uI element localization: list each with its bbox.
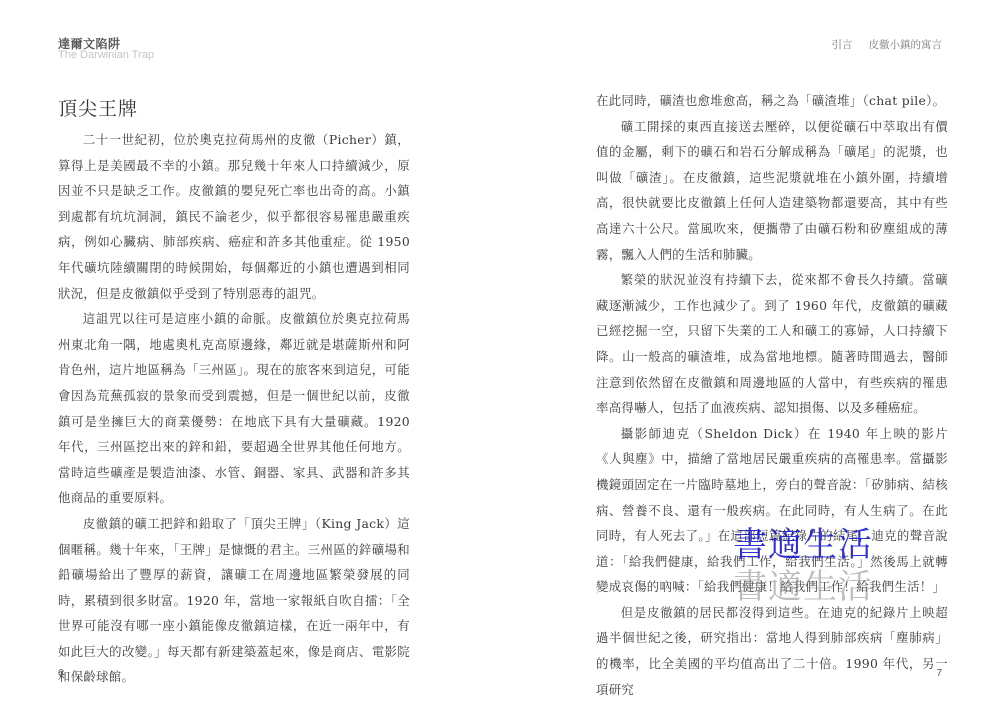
- paragraph: 皮徹鎮的礦工把鋅和鉛取了「頂尖王牌」（King Jack）這個暱稱。幾十年來，「…: [58, 511, 410, 690]
- left-page: 達爾文陷阱 The Darwinian Trap 頂尖王牌 二十一世紀初，位於奧…: [0, 0, 500, 708]
- left-body-text: 二十一世紀初，位於奧克拉荷馬州的皮徹（Picher）鎮，算得上是美國最不幸的小鎮…: [58, 127, 410, 690]
- running-head-chapter: 引言: [832, 39, 853, 51]
- book-title-en: The Darwinian Trap: [58, 49, 154, 61]
- paragraph: 攝影師迪克（Sheldon Dick）在 1940 年上映的影片《人與塵》中，描…: [596, 421, 948, 600]
- right-page: 引言皮徹小鎮的寓言 在此同時，礦渣也愈堆愈高，稱之為「礦渣堆」（chat pil…: [500, 0, 1000, 708]
- paragraph: 礦工開採的東西直接送去壓碎，以便從礦石中萃取出有價值的金屬，剩下的礦石和岩石分解…: [596, 114, 948, 268]
- section-title: 頂尖王牌: [58, 94, 138, 121]
- page-number-right: 7: [936, 668, 942, 679]
- paragraph: 這詛咒以往可是這座小鎮的命脈。皮徹鎮位於奧克拉荷馬州東北角一隅，地處奧札克高原邊…: [58, 306, 410, 511]
- paragraph: 但是皮徹鎮的居民都沒得到這些。在迪克的紀錄片上映超過半個世紀之後，研究指出：當地…: [596, 600, 948, 702]
- paragraph: 繁榮的狀況並沒有持續下去，從來都不會長久持續。當礦藏逐漸減少，工作也減少了。到了…: [596, 267, 948, 421]
- paragraph: 二十一世紀初，位於奧克拉荷馬州的皮徹（Picher）鎮，算得上是美國最不幸的小鎮…: [58, 127, 410, 306]
- running-head-title: 皮徹小鎮的寓言: [869, 39, 943, 51]
- right-body-text: 在此同時，礦渣也愈堆愈高，稱之為「礦渣堆」（chat pile）。 礦工開採的東…: [596, 88, 948, 702]
- page-number-left: 6: [58, 668, 64, 679]
- running-head: 引言皮徹小鎮的寓言: [832, 37, 943, 52]
- paragraph-continuation: 在此同時，礦渣也愈堆愈高，稱之為「礦渣堆」（chat pile）。: [596, 88, 948, 114]
